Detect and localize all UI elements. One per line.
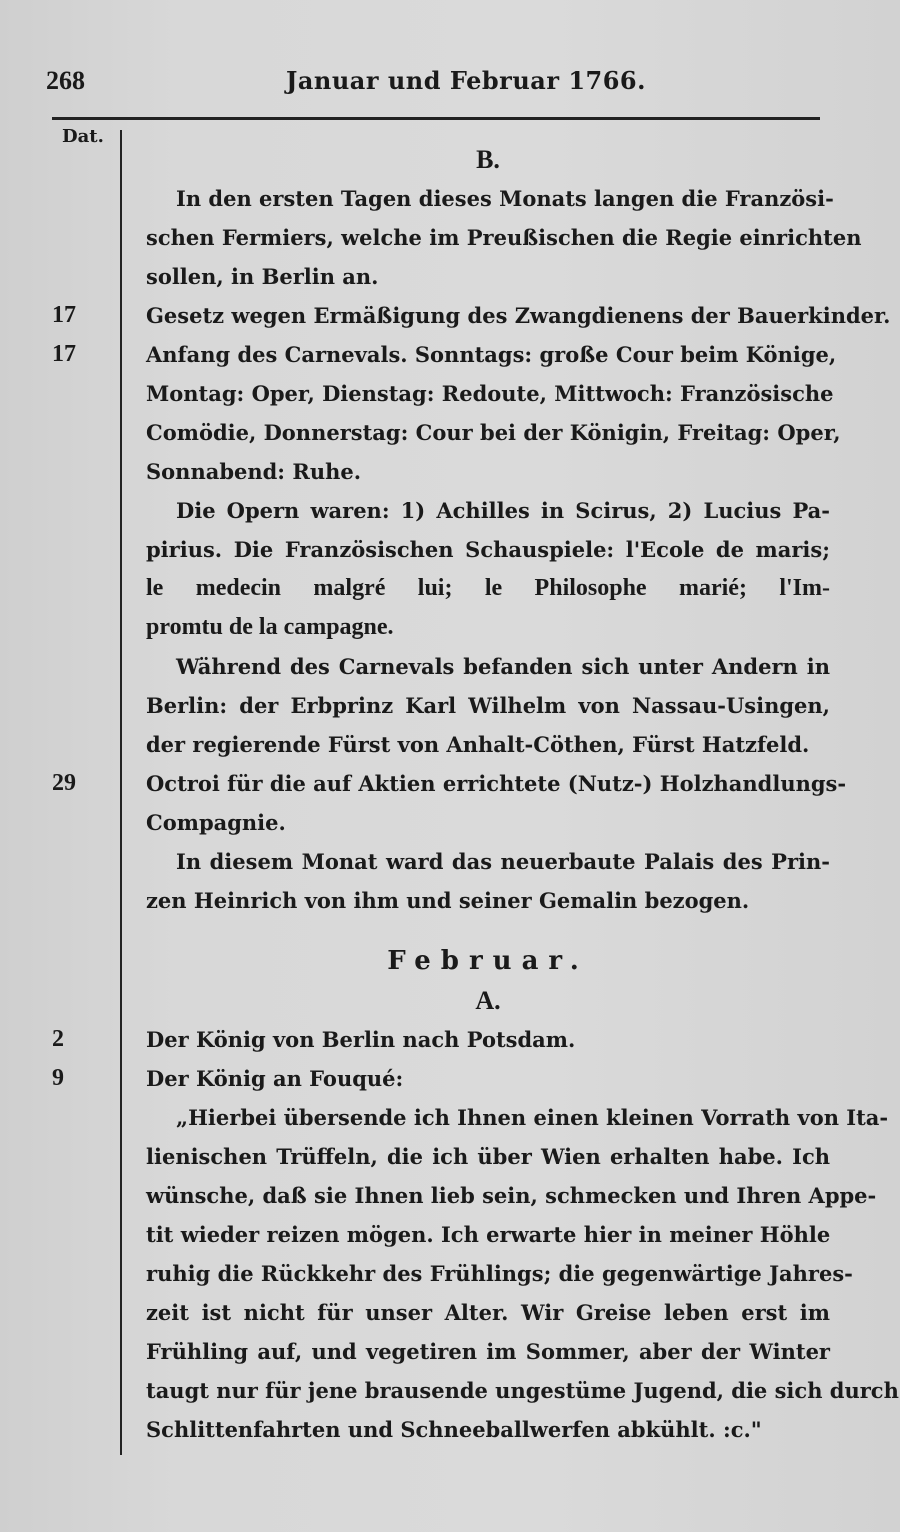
- text-line: Während des Carnevals befanden sich unte…: [146, 647, 830, 686]
- entry-date: 9: [52, 1059, 112, 1098]
- section-heading-b: B.: [146, 140, 830, 179]
- text-line: wünsche, daß sie Ihnen lieb sein, schmec…: [146, 1176, 830, 1215]
- entry: Während des Carnevals befanden sich unte…: [146, 647, 830, 764]
- entry: 29 Octroi für die auf Aktien errichtete …: [146, 764, 830, 842]
- entry: 17 Gesetz wegen Ermäßigung des Zwangdien…: [146, 296, 830, 335]
- date-column-label: Dat.: [62, 126, 104, 147]
- entry: In den ersten Tagen dieses Monats langen…: [146, 179, 830, 296]
- text-line: Sonnabend: Ruhe.: [146, 452, 830, 491]
- entry-date: 17: [52, 296, 112, 335]
- entry-date: 17: [52, 335, 112, 374]
- text-line: zen Heinrich von ihm und seiner Gemalin …: [146, 881, 830, 920]
- text-line: 17 Gesetz wegen Ermäßigung des Zwangdien…: [146, 296, 830, 335]
- text-line: le medecin malgré lui; le Philosophe mar…: [146, 569, 830, 608]
- text-line: pirius. Die Französischen Schauspiele: l…: [146, 530, 830, 569]
- entry: 2 Der König von Berlin nach Potsdam.: [146, 1020, 830, 1059]
- text-line: Compagnie.: [146, 803, 830, 842]
- entry: In diesem Monat ward das neuerbaute Pala…: [146, 842, 830, 920]
- text-line: Die Opern waren: 1) Achilles in Scirus, …: [146, 491, 830, 530]
- text-line: 2 Der König von Berlin nach Potsdam.: [146, 1020, 830, 1059]
- header-rule: [52, 117, 820, 120]
- text-line: „Hierbei übersende ich Ihnen einen klein…: [146, 1098, 830, 1137]
- text-line: promtu de la campagne.: [146, 608, 830, 647]
- text-line: 29 Octroi für die auf Aktien errichtete …: [146, 764, 830, 803]
- text-line: schen Fermiers, welche im Preußischen di…: [146, 218, 830, 257]
- text-line: tit wieder reizen mögen. Ich erwarte hie…: [146, 1215, 830, 1254]
- text-line: zeit ist nicht für unser Alter. Wir Grei…: [146, 1293, 830, 1332]
- section-heading-a: A.: [146, 981, 830, 1020]
- entry: 17 Anfang des Carnevals. Sonntags: große…: [146, 335, 830, 491]
- text-line: Frühling auf, und vegetiren im Sommer, a…: [146, 1332, 830, 1371]
- page-number: 268: [46, 66, 85, 96]
- text-line: taugt nur für jene brausende ungestüme J…: [146, 1371, 830, 1410]
- book-page: 268 Januar und Februar 1766. Dat. B. In …: [0, 0, 900, 1532]
- entry: Die Opern waren: 1) Achilles in Scirus, …: [146, 491, 830, 647]
- text-line: Berlin: der Erbprinz Karl Wilhelm von Na…: [146, 686, 830, 725]
- text-line: der regierende Fürst von Anhalt-Cöthen, …: [146, 725, 830, 764]
- text-line: Comödie, Donnerstag: Cour bei der Königi…: [146, 413, 830, 452]
- text-line: In den ersten Tagen dieses Monats langen…: [146, 179, 830, 218]
- text-line: Montag: Oper, Dienstag: Redoute, Mittwoc…: [146, 374, 830, 413]
- entry: 9 Der König an Fouqué:: [146, 1059, 830, 1098]
- page-header: 268 Januar und Februar 1766.: [46, 66, 821, 102]
- entry-date: 2: [52, 1020, 112, 1059]
- month-heading: Februar.: [146, 942, 830, 981]
- date-column-rule: [120, 130, 122, 1455]
- text-line: Schlittenfahrten und Schneeballwerfen ab…: [146, 1410, 830, 1449]
- entry-date: 29: [52, 764, 112, 803]
- text-line: In diesem Monat ward das neuerbaute Pala…: [146, 842, 830, 881]
- text-line: 17 Anfang des Carnevals. Sonntags: große…: [146, 335, 830, 374]
- letter-quote: „Hierbei übersende ich Ihnen einen klein…: [146, 1098, 830, 1449]
- text-line: sollen, in Berlin an.: [146, 257, 830, 296]
- text-line: 9 Der König an Fouqué:: [146, 1059, 830, 1098]
- page-body: B. In den ersten Tagen dieses Monats lan…: [146, 140, 830, 1449]
- text-line: ruhig die Rückkehr des Frühlings; die ge…: [146, 1254, 830, 1293]
- text-line: lienischen Trüffeln, die ich über Wien e…: [146, 1137, 830, 1176]
- running-title: Januar und Februar 1766.: [286, 66, 646, 95]
